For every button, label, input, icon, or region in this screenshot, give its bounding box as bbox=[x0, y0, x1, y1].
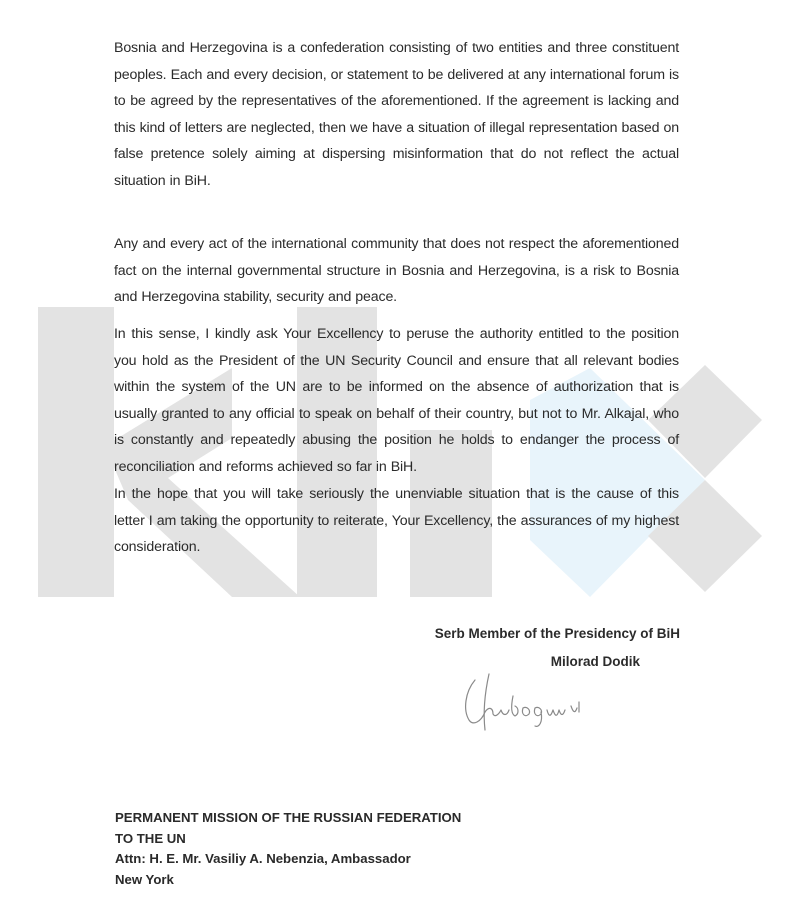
address-line-city: New York bbox=[115, 870, 461, 891]
paragraph-confederation: Bosnia and Herzegovina is a confederatio… bbox=[114, 35, 679, 194]
address-line-organization-2: TO THE UN bbox=[115, 829, 461, 850]
signatory-name: Milorad Dodik bbox=[360, 654, 640, 669]
address-line-organization: PERMANENT MISSION OF THE RUSSIAN FEDERAT… bbox=[115, 808, 461, 829]
handwritten-signature-icon bbox=[455, 672, 625, 742]
paragraph-request: In this sense, I kindly ask Your Excelle… bbox=[114, 321, 679, 480]
paragraph-international-community: Any and every act of the international c… bbox=[114, 231, 679, 311]
recipient-address: PERMANENT MISSION OF THE RUSSIAN FEDERAT… bbox=[115, 808, 461, 890]
paragraph-closing: In the hope that you will take seriously… bbox=[114, 481, 679, 561]
signatory-title: Serb Member of the Presidency of BiH bbox=[400, 626, 680, 641]
address-line-attention: Attn: H. E. Mr. Vasiliy A. Nebenzia, Amb… bbox=[115, 849, 461, 870]
letter-page: Bosnia and Herzegovina is a confederatio… bbox=[0, 0, 800, 906]
